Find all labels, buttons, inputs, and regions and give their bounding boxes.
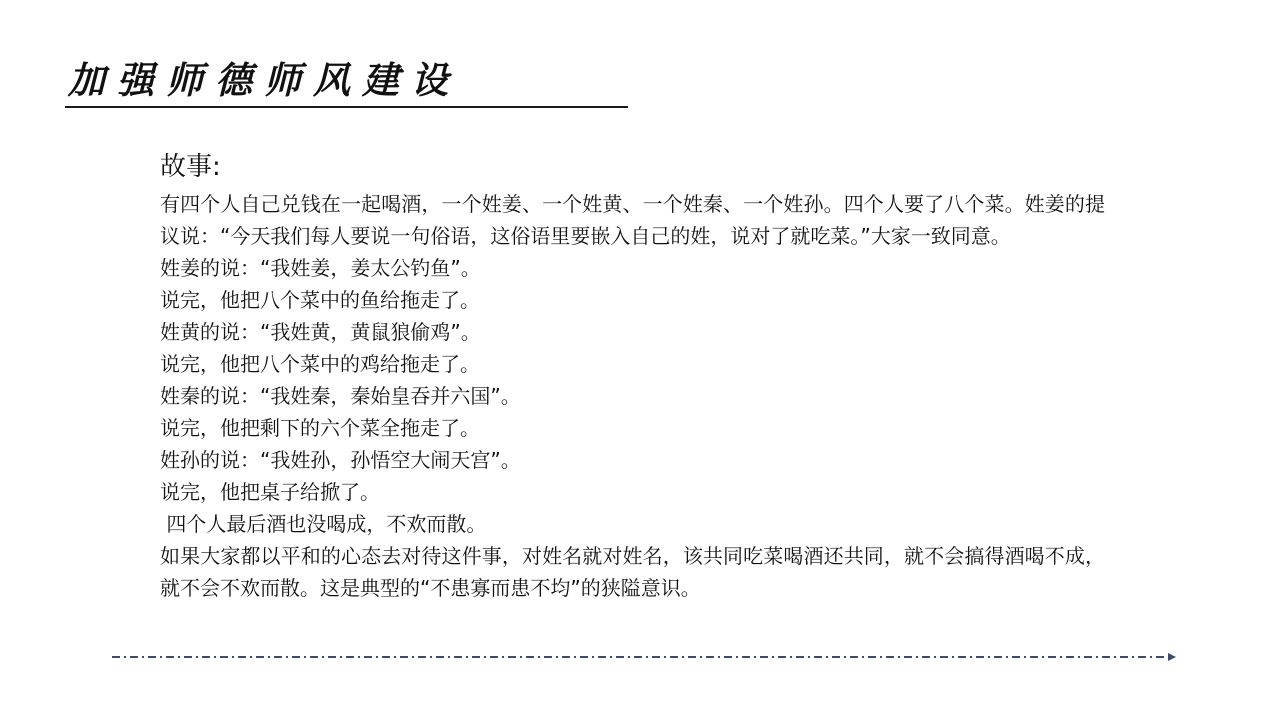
story-line: 说完，他把八个菜中的鱼给拖走了。 (160, 284, 1105, 316)
story-line: 说完，他把桌子给掀了。 (160, 476, 1105, 508)
arrow-right-icon (1168, 653, 1176, 661)
story-block: 故事: 有四个人自己兑钱在一起喝酒，一个姓姜、一个姓黄、一个姓秦、一个姓孙。四个… (160, 150, 1105, 604)
story-line: 四个人最后酒也没喝成，不欢而散。 (160, 508, 1105, 540)
story-line: 姓孙的说：“我姓孙，孙悟空大闹天宫”。 (160, 444, 1105, 476)
title-underline (65, 106, 628, 108)
dash-dot-line (112, 656, 1168, 658)
story-line: 说完，他把八个菜中的鸡给拖走了。 (160, 348, 1105, 380)
story-line: 姓秦的说：“我姓秦，秦始皇吞并六国”。 (160, 380, 1105, 412)
bottom-divider (112, 652, 1172, 662)
story-line: 姓黄的说：“我姓黄，黄鼠狼偷鸡”。 (160, 316, 1105, 348)
story-paragraph-intro: 有四个人自己兑钱在一起喝酒，一个姓姜、一个姓黄、一个姓秦、一个姓孙。四个人要了八… (160, 188, 1105, 252)
story-paragraph-conclusion: 如果大家都以平和的心态去对待这件事，对姓名就对姓名，该共同吃菜喝酒还共同，就不会… (160, 540, 1105, 604)
story-heading: 故事: (160, 150, 1105, 184)
story-line: 说完，他把剩下的六个菜全拖走了。 (160, 412, 1105, 444)
slide-title: 加强师德师风建设 (68, 56, 460, 104)
story-line: 姓姜的说：“我姓姜，姜太公钓鱼”。 (160, 252, 1105, 284)
